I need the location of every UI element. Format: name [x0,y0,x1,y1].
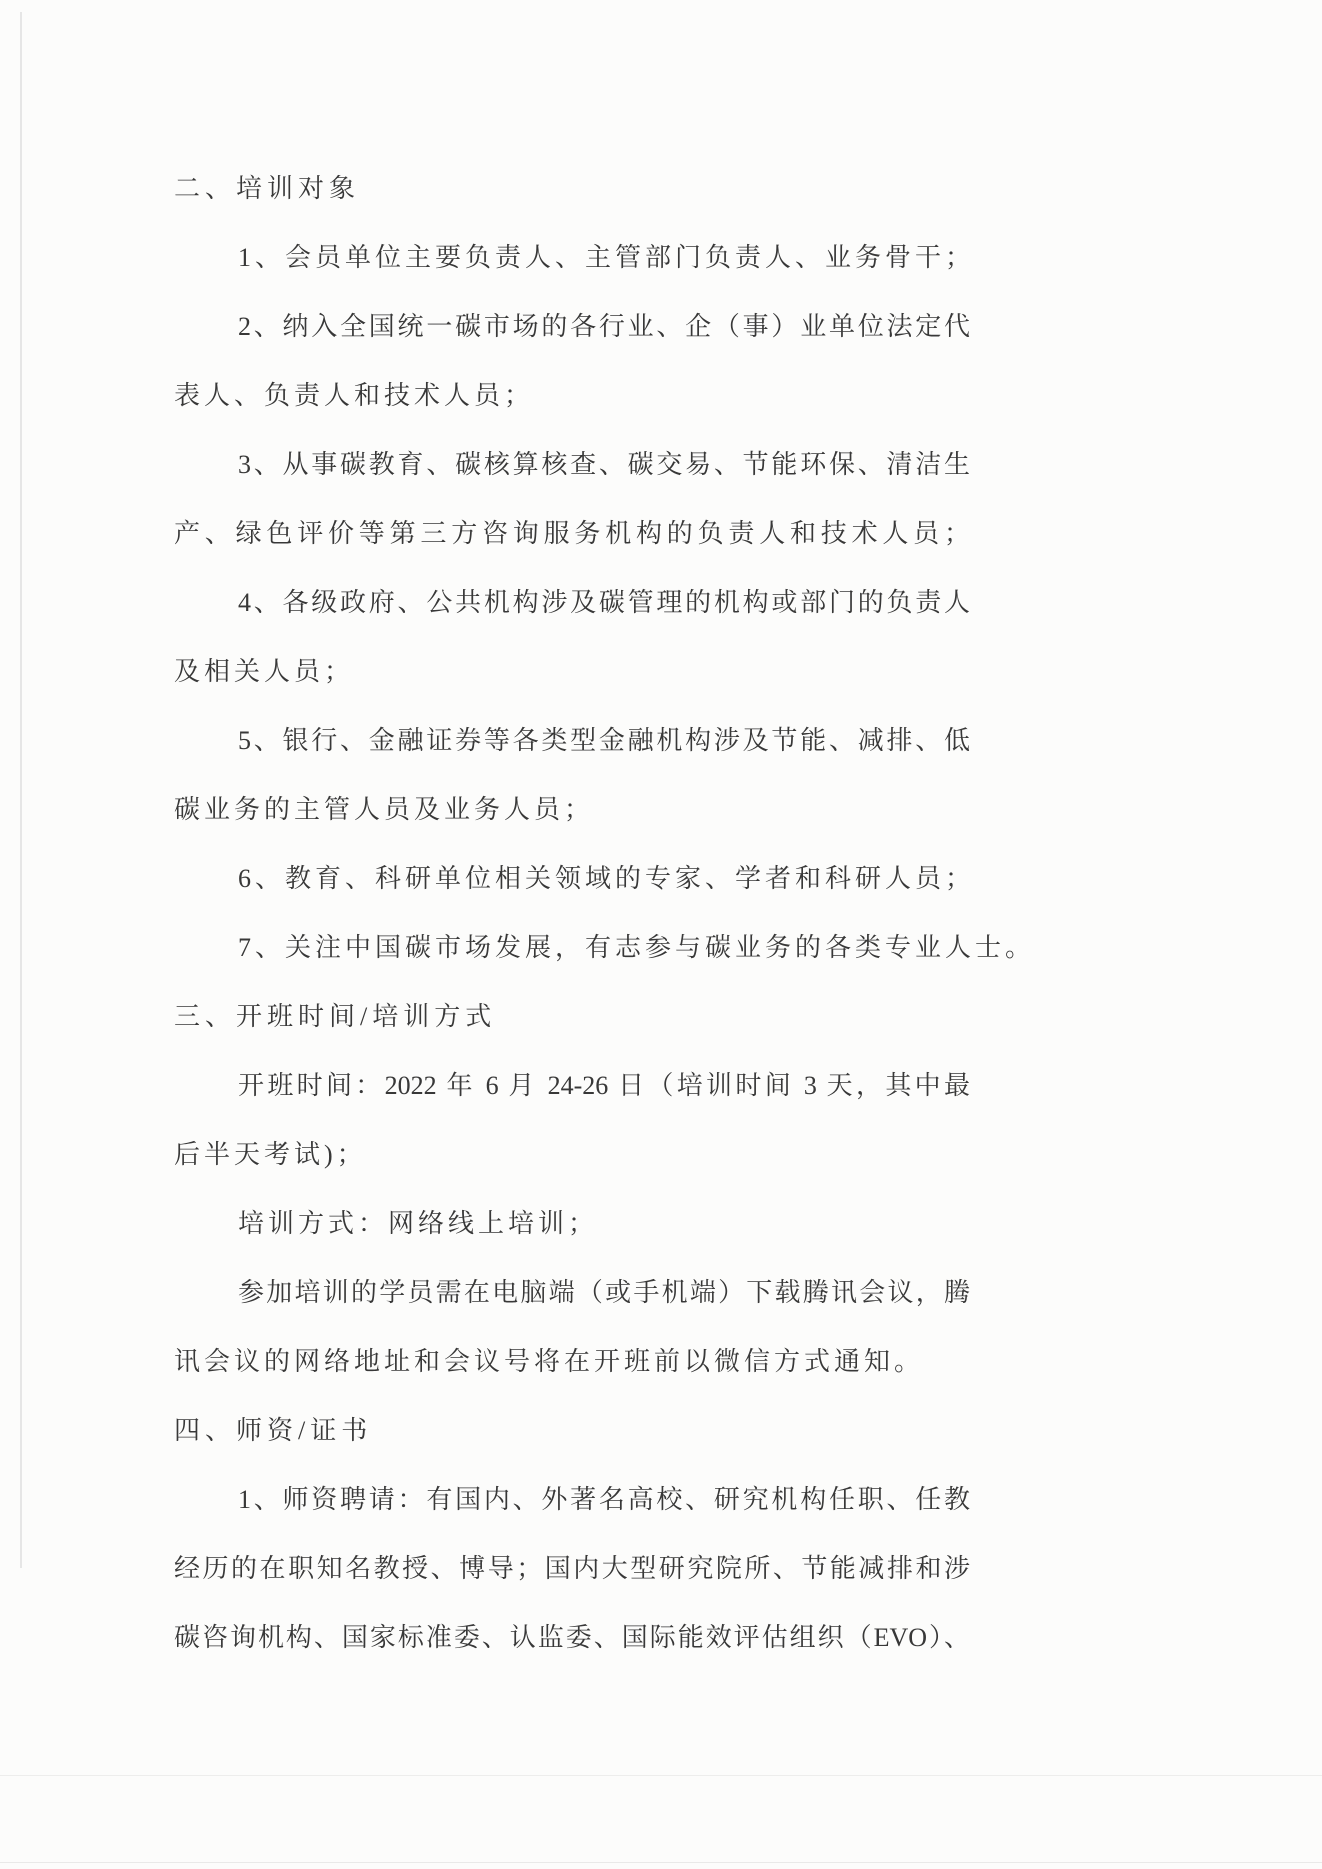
text-line: 2、纳入全国统一碳市场的各行业、企（事）业单位法定代 [174,292,970,361]
section-heading-training-targets: 二、培训对象 [174,154,970,223]
scan-artifact-line [0,1862,1322,1863]
text-line: 产、绿色评价等第三方咨询服务机构的负责人和技术人员； [174,499,970,568]
text-line: 碳咨询机构、国家标准委、认监委、国际能效评估组织（EVO）、 [174,1603,970,1672]
text-line: 开班时间：2022 年 6 月 24-26 日（培训时间 3 天，其中最 [174,1051,970,1120]
text-line: 及相关人员； [174,637,970,706]
section-heading-faculty-certificate: 四、师资/证书 [174,1396,970,1465]
text-line: 参加培训的学员需在电脑端（或手机端）下载腾讯会议，腾 [174,1258,970,1327]
text-line: 4、各级政府、公共机构涉及碳管理的机构或部门的负责人 [174,568,970,637]
text-line: 1、师资聘请：有国内、外著名高校、研究机构任职、任教 [174,1465,970,1534]
text-line: 3、从事碳教育、碳核算核查、碳交易、节能环保、清洁生 [174,430,970,499]
text-line: 1、会员单位主要负责人、主管部门负责人、业务骨干； [174,223,970,292]
text-line: 表人、负责人和技术人员； [174,361,970,430]
scan-artifact-line [0,1775,1322,1776]
text-line: 经历的在职知名教授、博导；国内大型研究院所、节能减排和涉 [174,1534,970,1603]
scanned-document-page: 二、培训对象 1、会员单位主要负责人、主管部门负责人、业务骨干； 2、纳入全国统… [0,0,1322,1869]
text-line: 7、关注中国碳市场发展，有志参与碳业务的各类专业人士。 [174,913,970,982]
section-heading-schedule-method: 三、开班时间/培训方式 [174,982,970,1051]
text-line: 5、银行、金融证券等各类型金融机构涉及节能、减排、低 [174,706,970,775]
text-line: 碳业务的主管人员及业务人员； [174,775,970,844]
text-line: 6、教育、科研单位相关领域的专家、学者和科研人员； [174,844,970,913]
document-text: 二、培训对象 1、会员单位主要负责人、主管部门负责人、业务骨干； 2、纳入全国统… [174,154,970,1672]
text-line: 后半天考试)； [174,1120,970,1189]
scan-edge-line [20,12,22,1568]
text-line: 讯会议的网络地址和会议号将在开班前以微信方式通知。 [174,1327,970,1396]
text-line: 培训方式：网络线上培训； [174,1189,970,1258]
